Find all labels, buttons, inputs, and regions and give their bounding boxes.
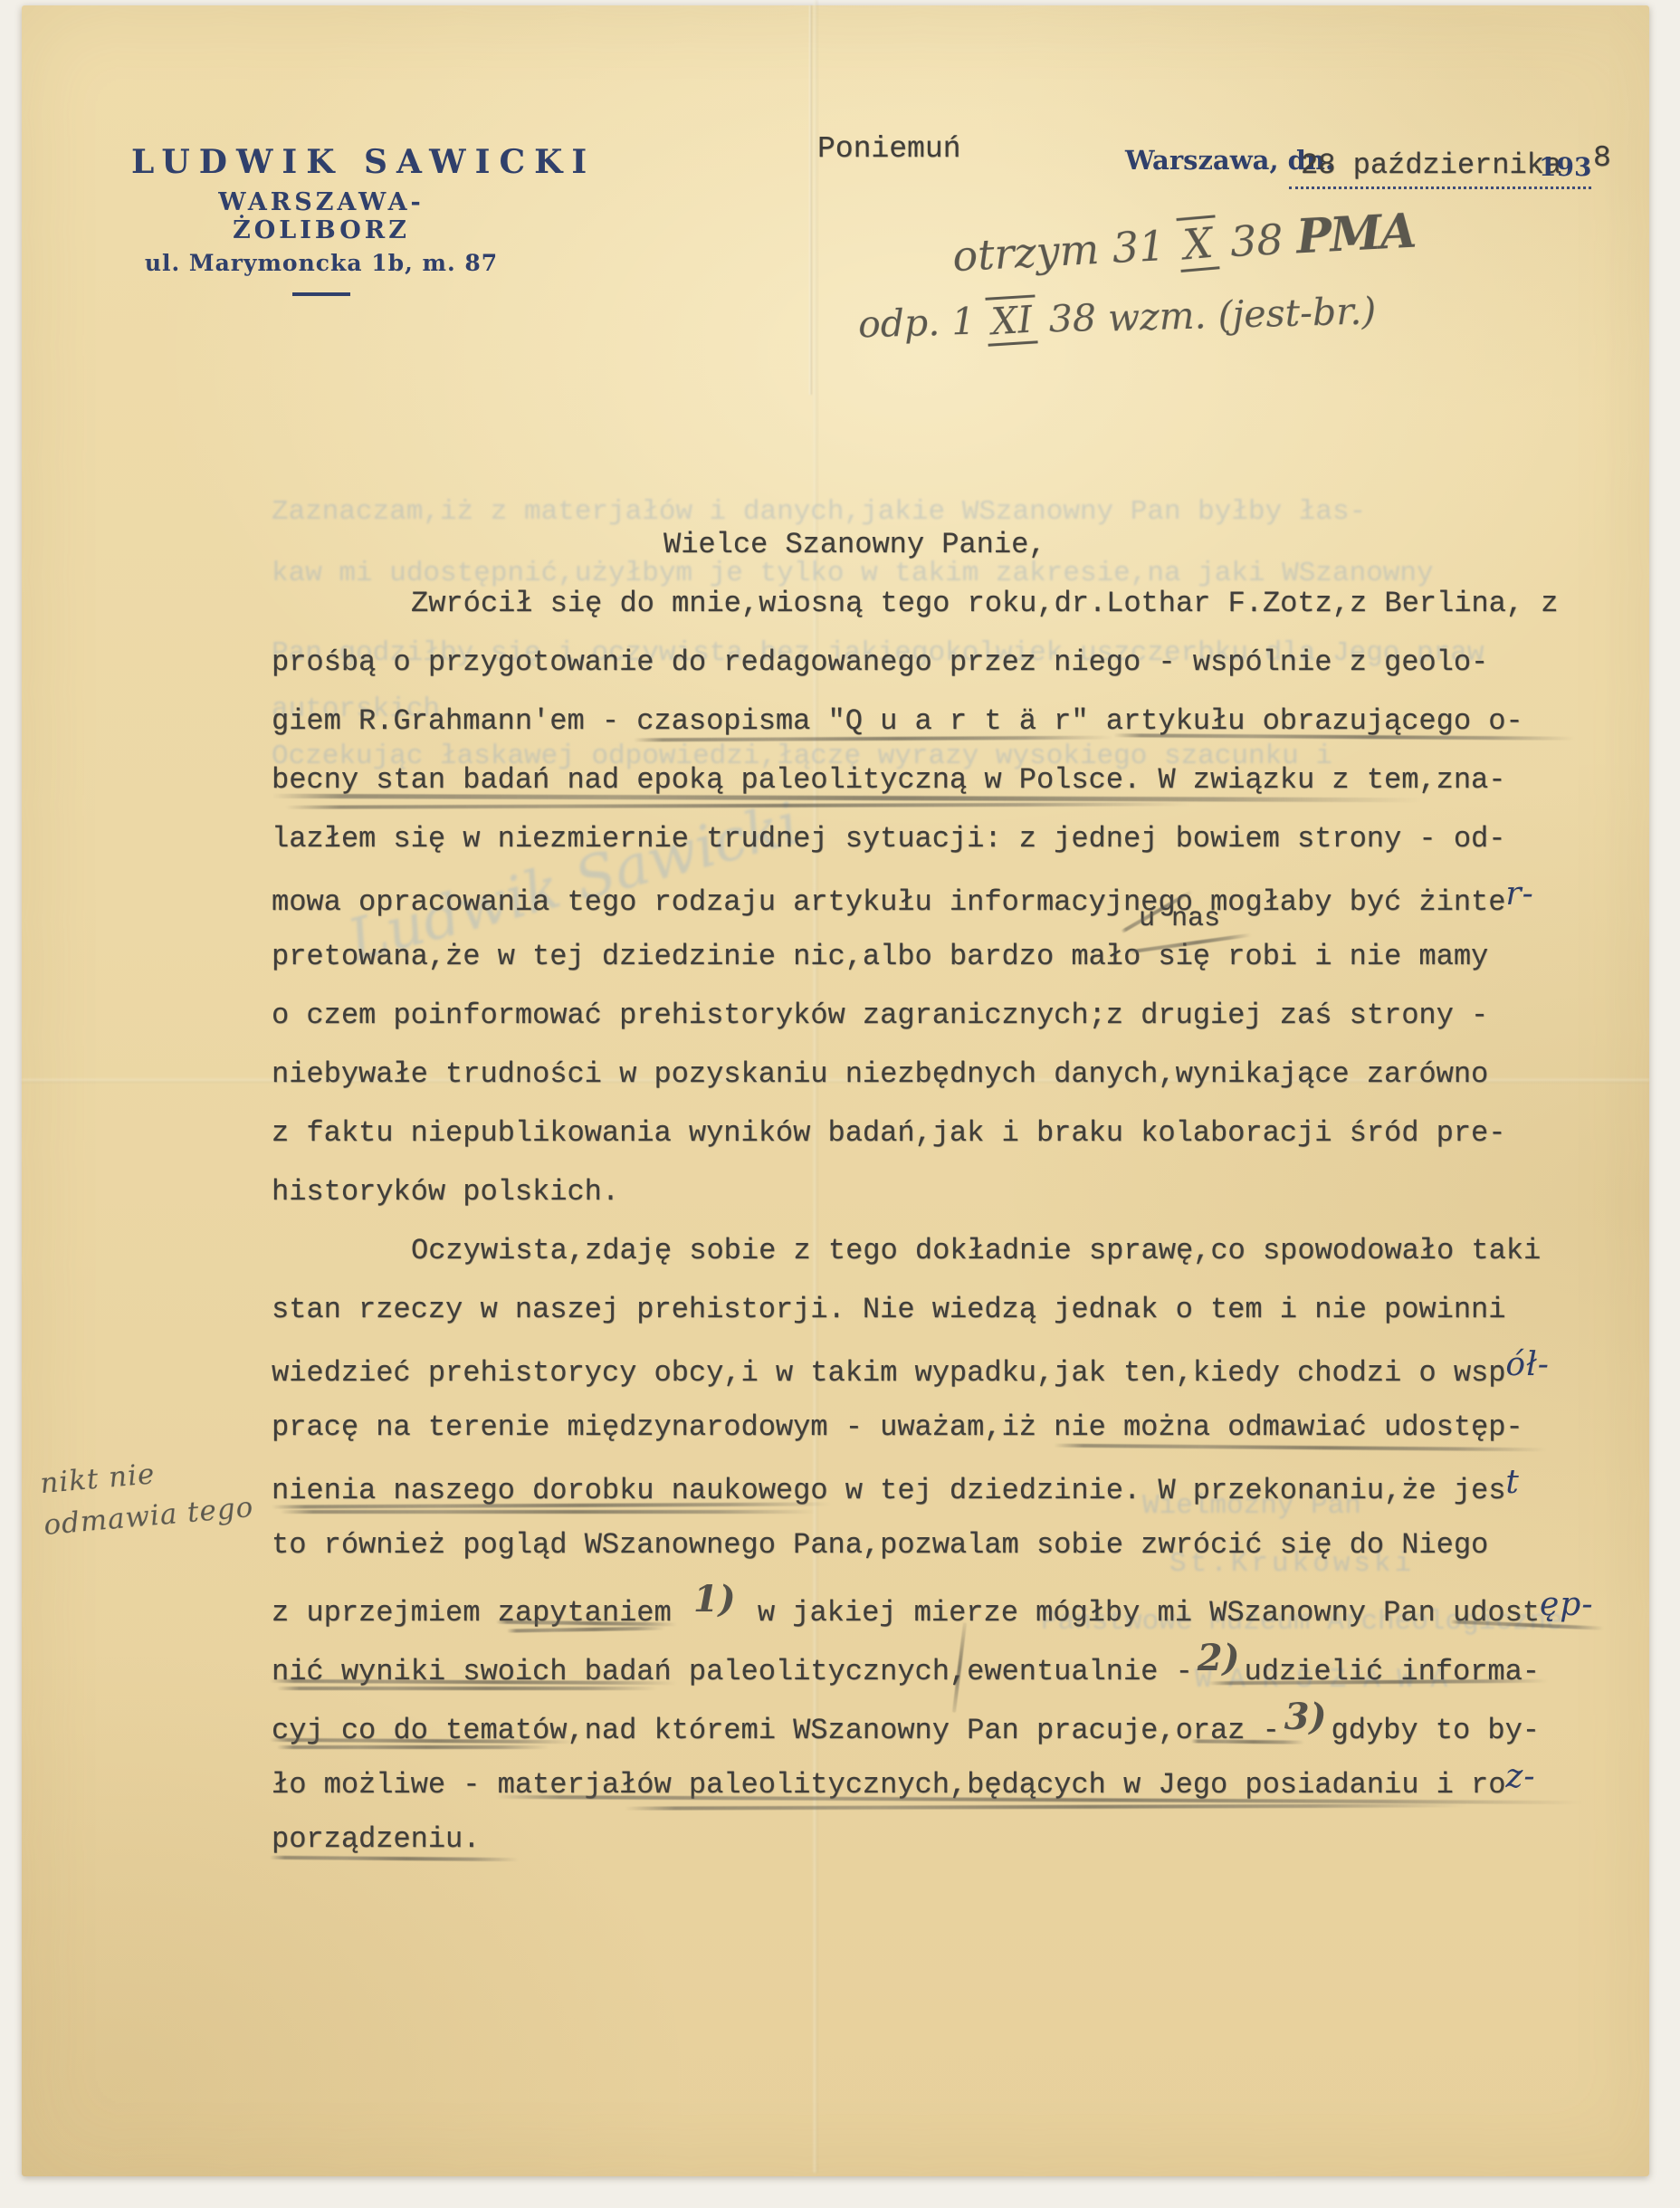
- body-line-6: mowa opracowania tego rodzaju artykułu i…: [272, 881, 1534, 921]
- pencil-margin-note: nikt nie odmawia tego: [38, 1445, 255, 1546]
- typed-insert-u-nas: u nas: [1139, 903, 1220, 934]
- ink-correction: r-: [1505, 875, 1533, 913]
- typed-text: prośbą o przygotowanie do redagowanego p…: [272, 645, 1488, 679]
- body-line-11: historyków polskich.: [272, 1175, 619, 1215]
- pencil-note-received: otrzym 31 X 38 PMA: [951, 204, 1417, 284]
- replied-post: 38 wzm. (jest-br.): [1036, 290, 1377, 342]
- ink-correction: ół-: [1505, 1346, 1550, 1383]
- typed-text: wiedzieć prehistorycy obcy,i w takim wyp…: [272, 1356, 1505, 1390]
- received-post: 38: [1216, 215, 1297, 268]
- typed-text: w jakiej mierze mógłby mi WSzanowny Pan …: [740, 1596, 1540, 1630]
- body-line-8: o czem poinformować prehistoryków zagran…: [272, 999, 1488, 1038]
- content-layer: Zaznaczam,iż z materjałów i danych,jakie…: [0, 0, 1680, 2208]
- pencil-number: 2): [1198, 1637, 1240, 1679]
- letterhead-rule: [292, 292, 350, 296]
- body-line-13: stan rzeczy w naszej prehistorji. Nie wi…: [272, 1293, 1505, 1333]
- ink-correction: z-: [1505, 1758, 1535, 1795]
- body-line-5: lazłem się w niezmiernie trudnej sytuacj…: [272, 822, 1505, 862]
- typed-text: nienia naszego dorobku naukowego w tej d…: [272, 1474, 1505, 1507]
- letterhead-address: ul. Marymoncka 1b, m. 87: [131, 250, 511, 276]
- letterhead-name: LUDWIK SAWICKI: [131, 143, 511, 181]
- body-line-14: wiedzieć prehistorycy obcy,i w takim wyp…: [272, 1352, 1550, 1391]
- body-line-7: pretowana,że w tej dziedzinie nic,albo b…: [272, 940, 1488, 980]
- replied-pre: odp. 1: [857, 300, 988, 347]
- letterhead-district: WARSZAWA-ŻOLIBORZ: [131, 188, 511, 244]
- typed-text: gdyby to by-: [1332, 1714, 1540, 1747]
- body-line-16: nienia naszego dorobku naukowego w tej d…: [272, 1469, 1520, 1509]
- typed-text: z faktu niepublikowania wyników badań,ja…: [272, 1116, 1505, 1150]
- body-line-9: niebywałe trudności w pozyskaniu niezbęd…: [272, 1057, 1488, 1097]
- pencil-underline: [625, 1803, 1466, 1810]
- ink-correction: t: [1505, 1464, 1519, 1501]
- typed-text: giem R.Grahmann'em - czasopisma "Q u a r…: [272, 704, 1523, 738]
- typed-text: stan rzeczy w naszej prehistorji. Nie wi…: [272, 1293, 1505, 1326]
- received-monogram: PMA: [1295, 204, 1417, 265]
- scanned-letter: Zaznaczam,iż z materjałów i danych,jakie…: [0, 0, 1680, 2208]
- salutation: Wielce Szanowny Panie,: [663, 528, 1045, 561]
- body-line-1: Zwrócił się do mnie,wiosną tego roku,dr.…: [272, 587, 1558, 626]
- typed-text: historyków polskich.: [272, 1175, 619, 1209]
- typed-text: o czem poinformować prehistoryków zagran…: [272, 999, 1488, 1032]
- typed-text: porządzeniu.: [272, 1822, 480, 1856]
- typed-text: pretowana,że w tej dziedzinie nic,albo b…: [272, 940, 1488, 973]
- typed-place: Poniemuń: [817, 132, 960, 166]
- pencil-number: 3): [1284, 1696, 1327, 1738]
- typed-date: 28 października: [1301, 148, 1561, 182]
- pencil-underline: [281, 1510, 815, 1514]
- pencil-underline: [277, 1687, 657, 1690]
- ghost-text-line: Zaznaczam,iż z materjałów i danych,jakie…: [272, 496, 1366, 528]
- body-line-17: to również pogląd WSzanownego Pana,pozwa…: [272, 1528, 1488, 1568]
- received-roman-numeral: X: [1176, 215, 1219, 272]
- typed-text: mowa opracowania tego rodzaju artykułu i…: [272, 885, 1505, 919]
- body-line-10: z faktu niepublikowania wyników badań,ja…: [272, 1116, 1505, 1156]
- typed-text: pracę na terenie międzynarodowym - uważa…: [272, 1410, 1523, 1444]
- pencil-number: 1): [693, 1578, 736, 1620]
- body-line-15: pracę na terenie międzynarodowym - uważa…: [272, 1410, 1523, 1450]
- typed-text: to również pogląd WSzanownego Pana,pozwa…: [272, 1528, 1488, 1562]
- typed-text: Oczywista,zdaję sobie z tego dokładnie s…: [411, 1234, 1541, 1267]
- typed-text: becny stan badań nad epoką paleolityczną…: [272, 763, 1505, 797]
- body-line-2: prośbą o przygotowanie do redagowanego p…: [272, 645, 1488, 685]
- letterhead: LUDWIK SAWICKI WARSZAWA-ŻOLIBORZ ul. Mar…: [131, 143, 511, 296]
- typed-text: lazłem się w niezmiernie trudnej sytuacj…: [272, 822, 1505, 855]
- printed-year: 193: [1539, 152, 1591, 182]
- received-pre: otrzym 31: [951, 220, 1179, 281]
- ghost-text-line: kaw mi udostępnić,użyłbym je tylko w tak…: [272, 558, 1434, 589]
- body-line-12: Oczywista,zdaję sobie z tego dokładnie s…: [272, 1234, 1541, 1274]
- ink-correction: ęp-: [1540, 1586, 1594, 1623]
- body-line-18: z uprzejmiem zapytaniem 1) w jakiej mier…: [272, 1587, 1594, 1627]
- typed-year-digit: 8: [1593, 141, 1611, 175]
- pencil-note-replied: odp. 1 XI 38 wzm. (jest-br.): [857, 287, 1377, 349]
- replied-roman-numeral: XI: [986, 294, 1039, 346]
- pencil-underline: [277, 1745, 549, 1749]
- typed-text: Zwrócił się do mnie,wiosną tego roku,dr.…: [411, 587, 1558, 620]
- typed-text: niebywałe trudności w pozyskaniu niezbęd…: [272, 1057, 1488, 1091]
